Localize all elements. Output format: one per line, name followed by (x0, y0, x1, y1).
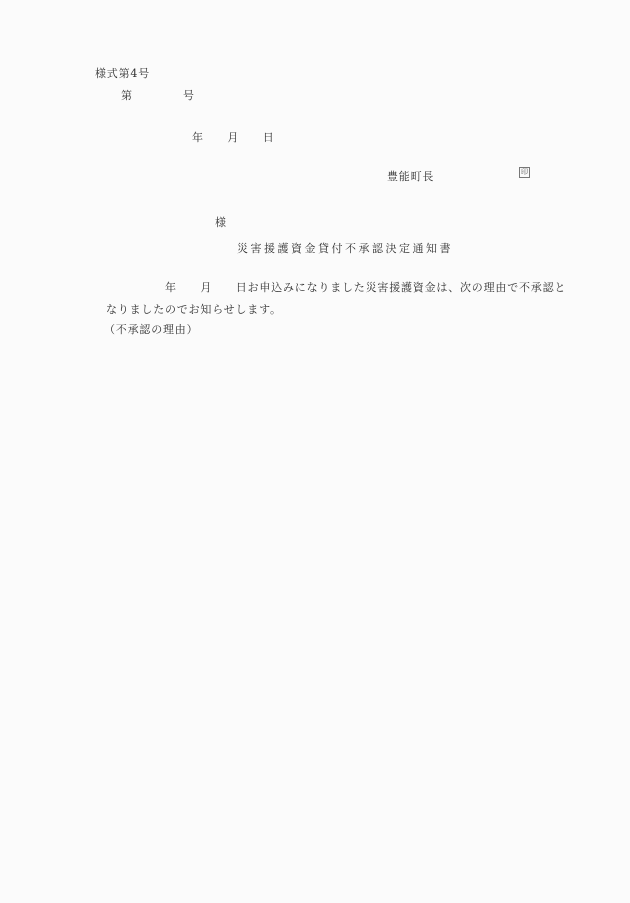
doc-number-suffix: 号 (183, 89, 195, 102)
body-line-2: なりましたのでお知らせします。 (106, 303, 282, 316)
rejection-reason-label: （不承認の理由） (104, 323, 198, 336)
form-number: 様式第4号 (95, 67, 150, 80)
document-title: 災害援護資金貸付不承認決定通知書 (237, 242, 453, 255)
sender-name: 豊能町長 (387, 170, 434, 183)
document-page: 様式第4号 第 号 年 月 日 豊能町長 印 様 災害援護資金貸付不承認決定通知… (0, 0, 630, 903)
body-line-1: 年 月 日お申込みになりました災害援護資金は、次の理由で不承認と (165, 281, 566, 294)
addressee-suffix: 様 (215, 216, 227, 229)
doc-number-prefix: 第 (121, 89, 133, 102)
issue-date-line: 年 月 日 (192, 131, 275, 144)
seal-placeholder: 印 (519, 167, 530, 178)
